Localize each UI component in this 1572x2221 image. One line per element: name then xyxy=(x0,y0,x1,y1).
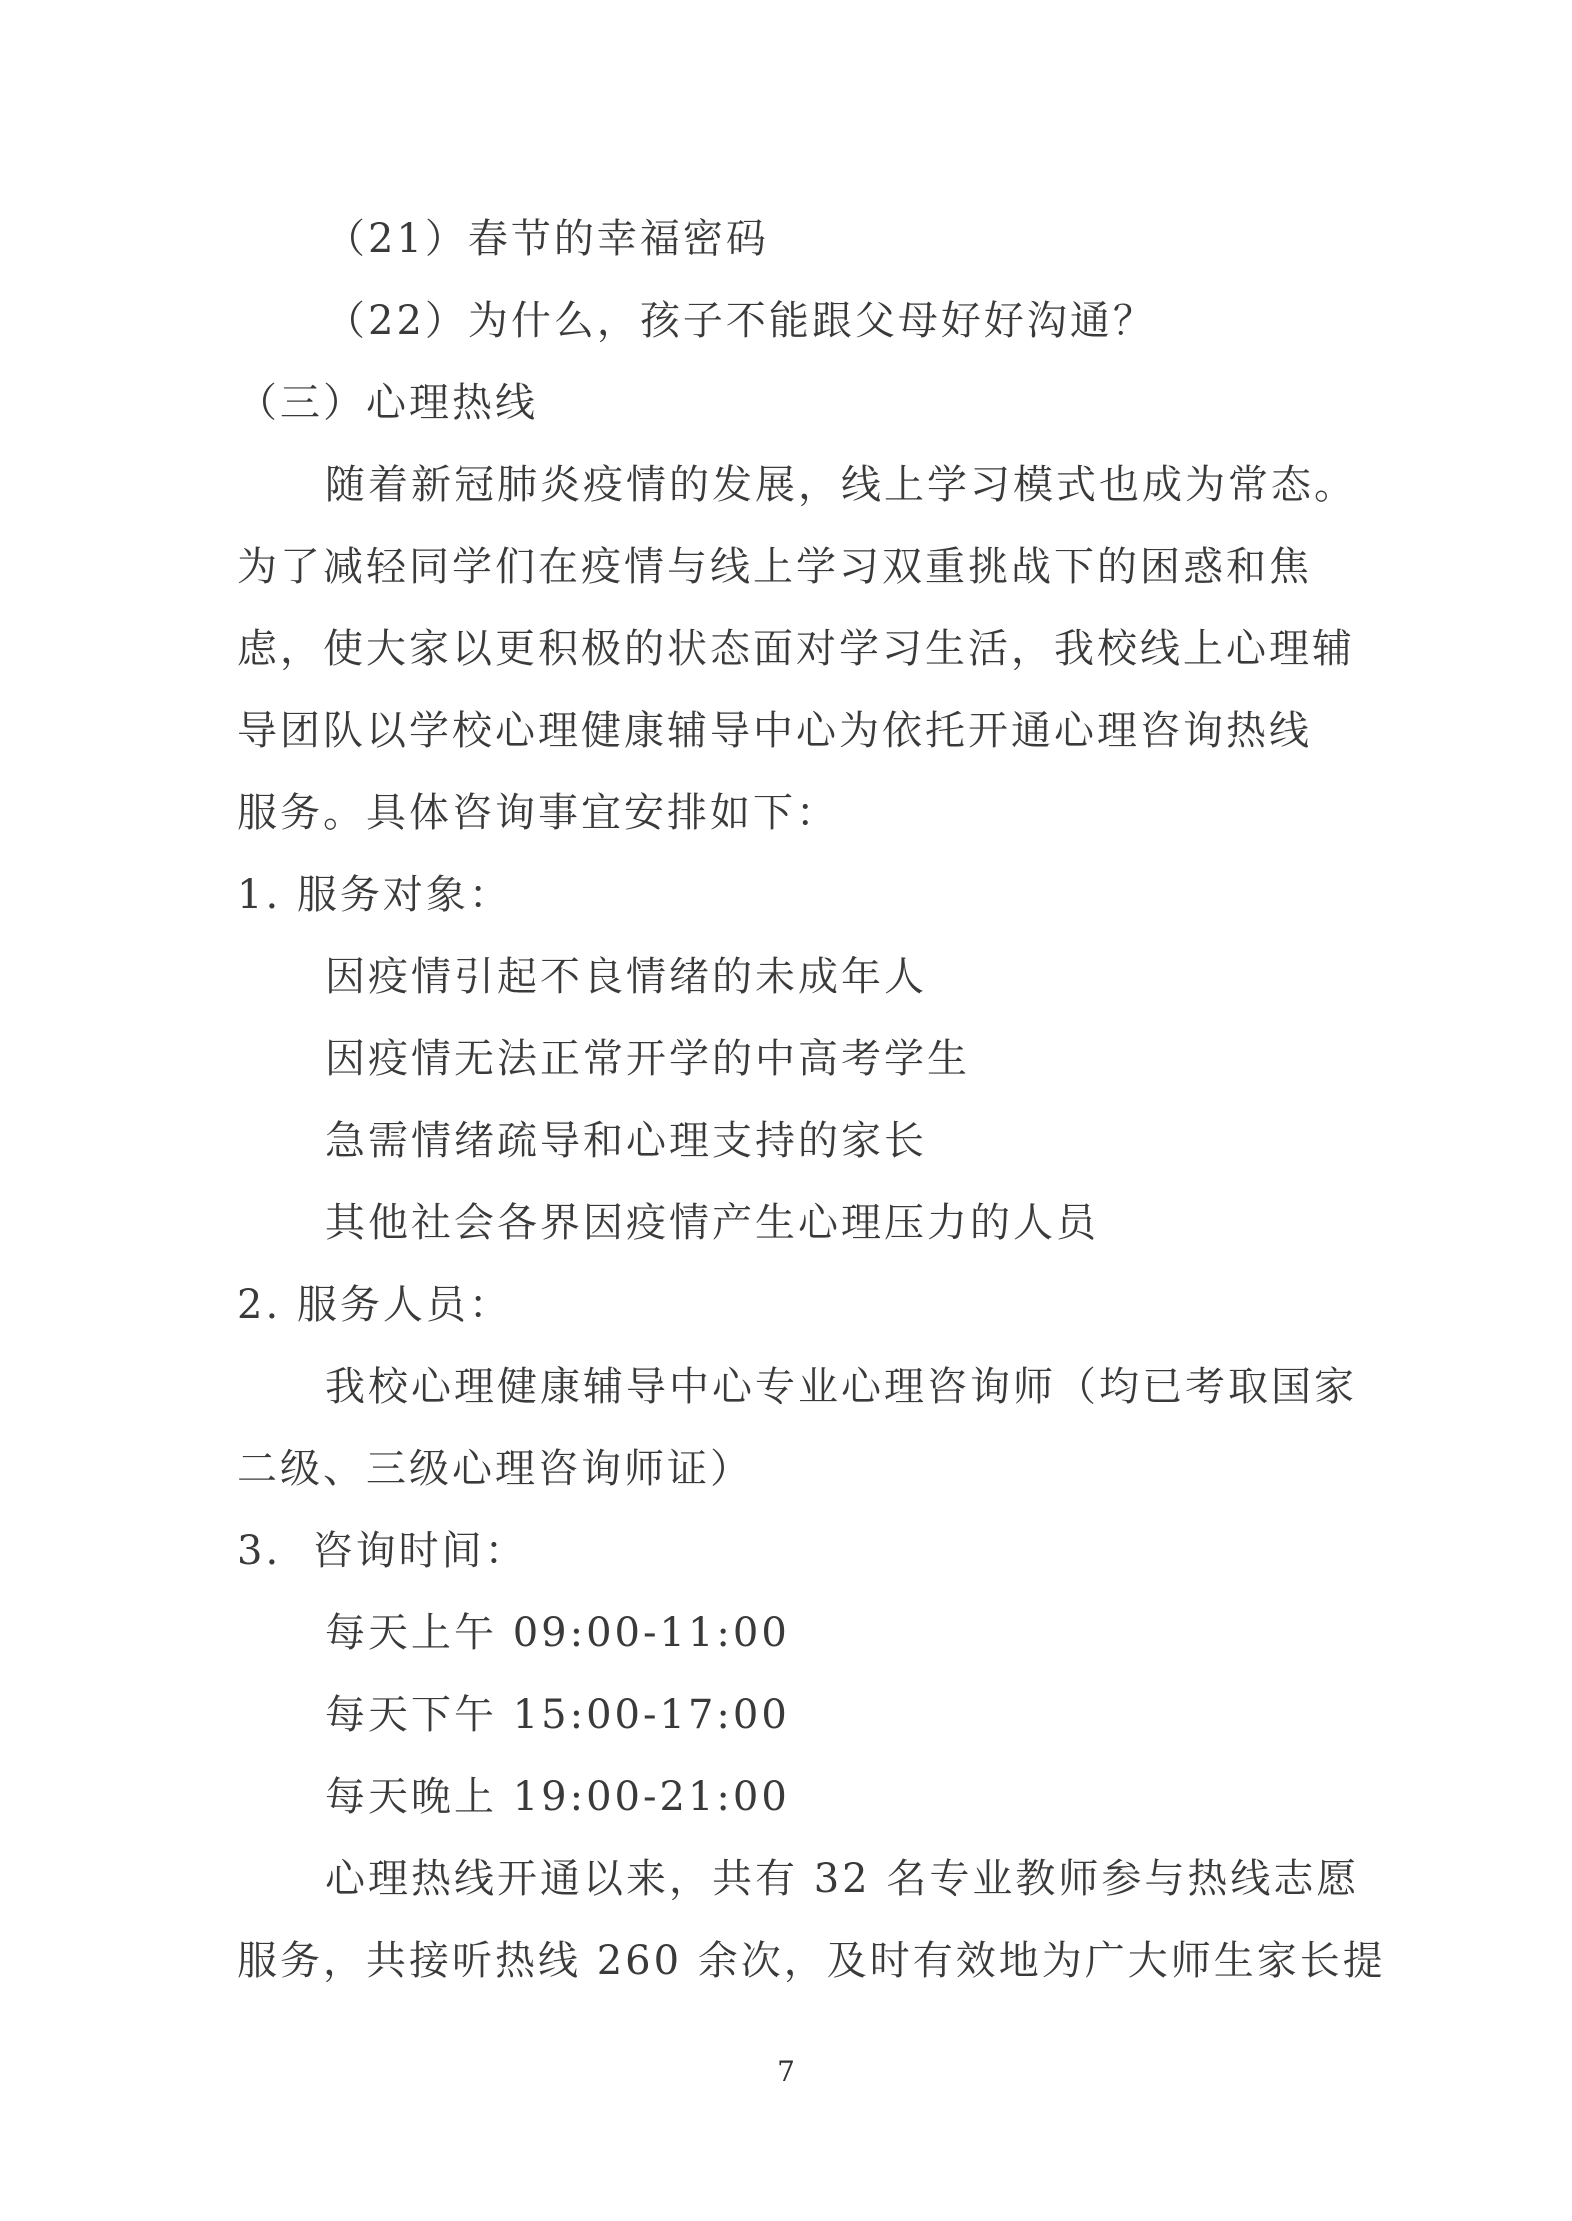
list-item: 因疫情无法正常开学的中高考学生 xyxy=(237,1018,1337,1100)
list-item: 其他社会各界因疫情产生心理压力的人员 xyxy=(237,1182,1337,1264)
document-page: （21）春节的幸福密码 （22）为什么，孩子不能跟父母好好沟通？ （三）心理热线… xyxy=(0,0,1572,2221)
schedule-morning: 每天上午 09:00-11:00 xyxy=(237,1592,1337,1674)
schedule-evening: 每天晚上 19:00-21:00 xyxy=(237,1756,1337,1838)
list-heading-1: 1. 服务对象： xyxy=(237,854,1337,936)
paragraph-line: 心理热线开通以来，共有 32 名专业教师参与热线志愿 xyxy=(237,1838,1337,1920)
paragraph-line: 为了减轻同学们在疫情与线上学习双重挑战下的困惑和焦 xyxy=(237,526,1337,608)
paragraph-line: 服务。具体咨询事宜安排如下： xyxy=(237,772,1337,854)
list-heading-3: 3. 咨询时间： xyxy=(237,1510,1337,1592)
paragraph-line: 虑，使大家以更积极的状态面对学习生活，我校线上心理辅 xyxy=(237,608,1337,690)
paragraph-line: 随着新冠肺炎疫情的发展，线上学习模式也成为常态。 xyxy=(237,444,1337,526)
paragraph-line: 服务，共接听热线 260 余次，及时有效地为广大师生家长提 xyxy=(237,1920,1337,2002)
list-heading-2: 2. 服务人员： xyxy=(237,1264,1337,1346)
list-item: 因疫情引起不良情绪的未成年人 xyxy=(237,936,1337,1018)
page-number: 7 xyxy=(0,2052,1572,2092)
schedule-afternoon: 每天下午 15:00-17:00 xyxy=(237,1674,1337,1756)
paragraph-line: 导团队以学校心理健康辅导中心为依托开通心理咨询热线 xyxy=(237,690,1337,772)
paragraph-line: 我校心理健康辅导中心专业心理咨询师（均已考取国家 xyxy=(237,1346,1337,1428)
article-item-21: （21）春节的幸福密码 xyxy=(237,198,1337,280)
list-item: 急需情绪疏导和心理支持的家长 xyxy=(237,1100,1337,1182)
section-heading-3: （三）心理热线 xyxy=(237,362,1337,444)
document-body: （21）春节的幸福密码 （22）为什么，孩子不能跟父母好好沟通？ （三）心理热线… xyxy=(237,198,1337,2002)
paragraph-line: 二级、三级心理咨询师证） xyxy=(237,1428,1337,1510)
article-item-22: （22）为什么，孩子不能跟父母好好沟通？ xyxy=(237,280,1337,362)
